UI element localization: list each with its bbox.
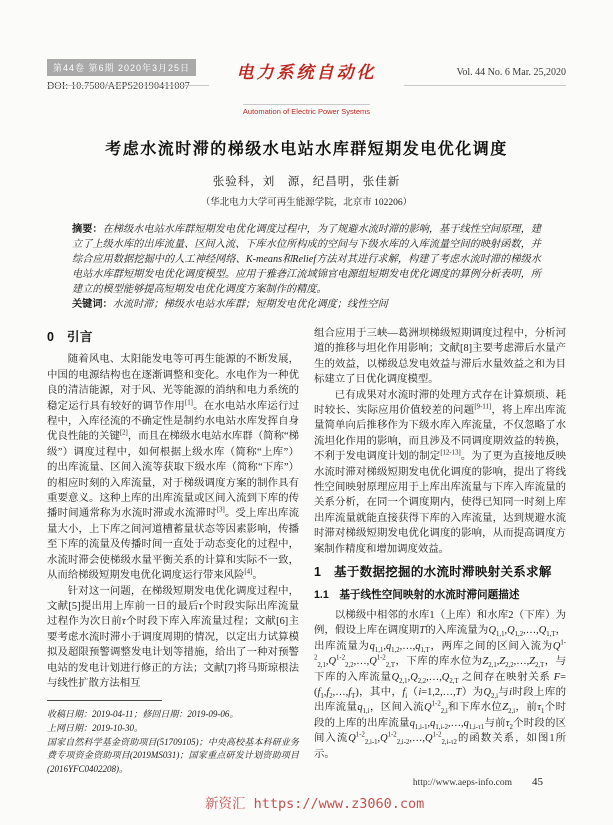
keywords-text: 水流时滞；梯级水电站水库群；短期发电优化调度；线性空间 (113, 299, 388, 310)
journal-subtitle: Automation of Electric Power Systems (243, 104, 370, 116)
header-left: 第44卷 第6期 2020年3月25日 DOI: 10.7500/AEPS201… (47, 58, 196, 92)
abstract-label: 摘要： (72, 224, 103, 235)
volume-info: Vol. 44 No. 6 Mar. 25,2020 (456, 67, 566, 78)
page-footer: http://www.aeps-info.com45 (413, 776, 543, 788)
footnote-rule (47, 700, 162, 701)
journal-url: http://www.aeps-info.com (413, 778, 512, 788)
paper-page: 第44卷 第6期 2020年3月25日 DOI: 10.7500/AEPS201… (0, 0, 613, 825)
two-column-body: 0 引言 随着风电、太阳能发电等可再生能源的不断发展，中国的电源结构也在逐渐调整… (47, 326, 566, 776)
right-column: 组合应用于三峡—葛洲坝梯级短期调度过程中，分析河道的推移与坦化作用影响；文献[8… (314, 326, 566, 776)
paragraph-math: 以梯级中相邻的水库1（上库）和水库2（下库）为例，假设上库在调度期T的入库流量为… (314, 608, 566, 762)
paragraph: 组合应用于三峡—葛洲坝梯级短期调度过程中，分析河道的推移与坦化作用影响；文献[8… (314, 326, 566, 388)
affiliation: （华北电力大学可再生能源学院，北京市 102206） (47, 194, 566, 208)
abstract: 摘要：在梯级水电站水库群短期发电优化调度过程中，为了规避水流时滞的影响，基于线性… (72, 222, 541, 297)
footnote-online-date: 上网日期：2019-10-30。 (47, 722, 299, 736)
watermark: 新资汇 https://www.z3060.com (205, 792, 424, 812)
article-title: 考虑水流时滞的梯级水电站水库群短期发电优化调度 (47, 136, 566, 159)
header-divider-left (47, 85, 209, 86)
keywords-label: 关键词： (72, 299, 113, 310)
journal-logo: 电力系统自动化 (192, 58, 422, 83)
paragraph: 随着风电、太阳能发电等可再生能源的不断发展，中国的电源结构也在逐渐调整和变化。水… (47, 352, 299, 583)
header-divider-right (404, 85, 566, 86)
paragraph: 已有成果对水流时滞的处理方式存在计算烦琐、耗时较长、实际应用价值较差的问题[9-… (314, 388, 566, 557)
left-column: 0 引言 随着风电、太阳能发电等可再生能源的不断发展，中国的电源结构也在逐渐调整… (47, 326, 299, 776)
journal-header: 第44卷 第6期 2020年3月25日 DOI: 10.7500/AEPS201… (47, 58, 566, 104)
abstract-text: 在梯级水电站水库群短期发电优化调度过程中，为了规避水流时滞的影响，基于线性空间原… (72, 224, 541, 295)
page-number: 45 (532, 776, 543, 788)
author-list: 张验科，刘 源，纪昌明，张佳新 (47, 173, 566, 189)
paragraph: 针对这一问题，在梯级短期发电优化调度过程中，文献[5]提出用上库前一日的最后τ个… (47, 584, 299, 692)
section-0-heading: 0 引言 (47, 330, 299, 345)
footnote-dates: 收稿日期：2019-04-11；修回日期：2019-09-06。 (47, 708, 299, 722)
journal-logo-block: 电力系统自动化 Automation of Electric Power Sys… (192, 58, 422, 119)
doi-text: DOI: 10.7500/AEPS20190411007 (47, 81, 196, 92)
footnote-block: 收稿日期：2019-04-11；修回日期：2019-09-06。 上网日期：20… (47, 700, 299, 776)
section-1-heading: 1 基于数据挖掘的水流时滞映射关系求解 (314, 565, 566, 580)
footnote-funding: 国家自然科学基金资助项目(51709105)；中央高校基本科研业务费专项资金资助… (47, 736, 299, 777)
issue-badge: 第44卷 第6期 2020年3月25日 (47, 59, 196, 76)
section-1-1-heading: 1.1 基于线性空间映射的水流时滞问题描述 (314, 588, 566, 603)
keywords: 关键词：水流时滞；梯级水电站水库群；短期发电优化调度；线性空间 (72, 297, 541, 312)
